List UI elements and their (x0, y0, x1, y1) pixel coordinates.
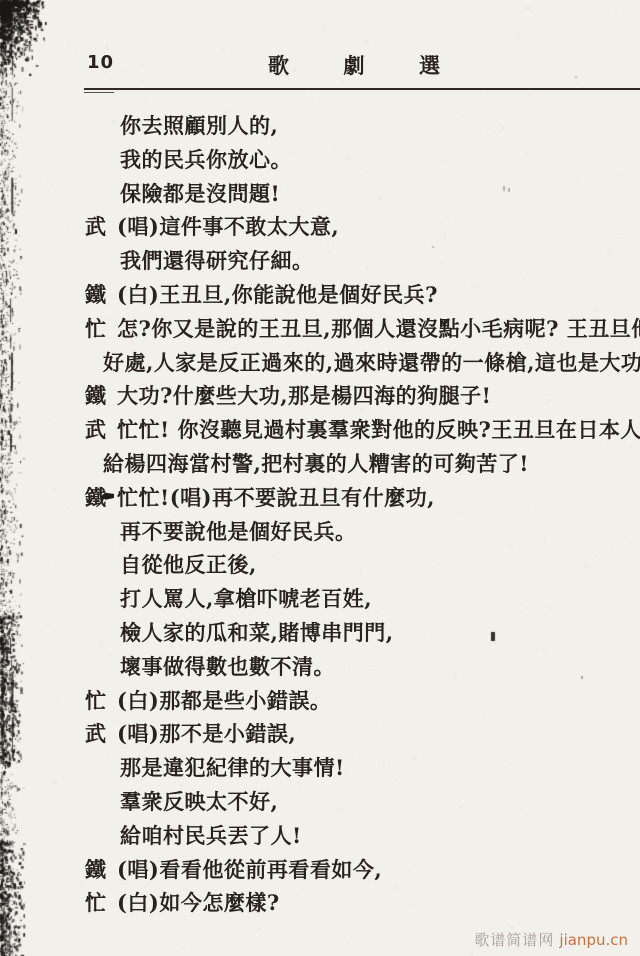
dialogue-text: 檢人家的瓜和菜,賭博串門門, (120, 617, 394, 647)
dialogue-text: 壞事做得數也數不清。 (120, 651, 335, 681)
dialogue-text: (唱)那不是小錯誤, (117, 718, 296, 748)
script-line: 鐵(白)王丑旦,你能說他是個好民兵? (0, 275, 640, 309)
dialogue-text: 打人罵人,拿槍吓唬老百姓, (120, 583, 372, 613)
speaker-label: 武 (85, 414, 107, 444)
speaker-label: 忙 (85, 887, 107, 917)
dialogue-text: 給楊四海當村警,把村裏的人糟害的可夠苦了! (103, 448, 529, 478)
script-line: 忙(白)那都是些小錯誤。 (0, 681, 640, 715)
script-line: 給楊四海當村警,把村裏的人糟害的可夠苦了! (0, 444, 640, 478)
script-line: 好處,人家是反正過來的,過來時還帶的一條槍,這也是大功一件嚒。 (0, 343, 640, 377)
script-line: 你去照顧別人的, (0, 106, 640, 140)
scanned-book-page: 10 歌劇選 你去照顧別人的,我的民兵你放心。保險都是沒問題!武(唱)這件事不敢… (0, 0, 640, 956)
dialogue-text: 羣衆反映太不好, (120, 786, 278, 816)
script-line: 打人罵人,拿槍吓唬老百姓, (0, 579, 640, 613)
speaker-label: 武 (85, 718, 107, 748)
dialogue-text: 那是違犯紀律的大事情! (120, 752, 345, 782)
script-line: 自從他反正後, (0, 545, 640, 579)
speaker-label: 鐵 (85, 279, 107, 309)
dialogue-text: 忙忙!(唱)再不要說丑旦有什麼功, (117, 482, 435, 512)
script-line: 保險都是沒問題! (0, 174, 640, 208)
dialogue-text: 我們還得研究仔細。 (120, 245, 314, 275)
header-divider (84, 88, 640, 90)
dialogue-text: 你去照顧別人的, (120, 110, 278, 140)
script-line: 鐵忙忙!(唱)再不要說丑旦有什麼功, (0, 478, 640, 512)
dialogue-text: 怎?你又是說的王丑旦,那個人還沒點小毛病呢? 王丑旦他就沒一點 (117, 313, 640, 343)
dialogue-text: 忙忙! 你沒聽見過村裏羣衆對他的反映?王丑旦在日本人在的時候, (117, 414, 640, 444)
dialogue-text: (唱)這件事不敢太大意, (117, 211, 339, 241)
script-line: 武忙忙! 你沒聽見過村裏羣衆對他的反映?王丑旦在日本人在的時候, (0, 410, 640, 444)
speaker-label: 鐵 (85, 854, 107, 884)
speaker-label: 忙 (85, 685, 107, 715)
script-line: 我的民兵你放心。 (0, 140, 640, 174)
script-line: 給咱村民兵丟了人! (0, 816, 640, 850)
page-number: 10 (87, 52, 114, 73)
script-line: 我們還得研究仔細。 (0, 241, 640, 275)
speaker-label: 鐵 (85, 380, 107, 410)
page-title-char: 選 (419, 50, 440, 80)
dialogue-text: (唱)看看他從前再看看如今, (117, 854, 382, 884)
script-line: 羣衆反映太不好, (0, 782, 640, 816)
script-text-body: 你去照顧別人的,我的民兵你放心。保險都是沒問題!武(唱)這件事不敢太大意,我們還… (0, 106, 640, 917)
watermark: 歌谱简谱网jianpu.cn (474, 929, 628, 950)
dialogue-text: 大功?什麼些大功,那是楊四海的狗腿子! (117, 380, 491, 410)
page-title-char: 劇 (344, 50, 365, 80)
script-line: 再不要說他是個好民兵。 (0, 512, 640, 546)
script-line: 武(唱)那不是小錯誤, (0, 714, 640, 748)
dialogue-text: 給咱村民兵丟了人! (120, 820, 302, 850)
dialogue-text: 好處,人家是反正過來的,過來時還帶的一條槍,這也是大功一件嚒。 (103, 347, 640, 377)
page-title-char: 歌 (268, 50, 289, 80)
script-line: 鐵大功?什麼些大功,那是楊四海的狗腿子! (0, 376, 640, 410)
dialogue-text: 我的民兵你放心。 (120, 144, 292, 174)
dialogue-text: (白)如今怎麼樣? (117, 887, 280, 917)
dialogue-text: 再不要說他是個好民兵。 (120, 516, 357, 546)
script-line: 那是違犯紀律的大事情! (0, 748, 640, 782)
script-line: 壞事做得數也數不清。 (0, 647, 640, 681)
watermark-site-url: jianpu.cn (559, 931, 628, 949)
script-line: 鐵(唱)看看他從前再看看如今, (0, 850, 640, 884)
script-line: 武(唱)這件事不敢太大意, (0, 207, 640, 241)
script-line: 忙(白)如今怎麼樣? (0, 883, 640, 917)
dialogue-text: 保險都是沒問題! (120, 178, 280, 208)
dialogue-text: (白)王丑旦,你能說他是個好民兵? (117, 279, 438, 309)
dialogue-text: (白)那都是些小錯誤。 (117, 685, 331, 715)
speaker-label: 武 (85, 211, 107, 241)
script-line: 忙怎?你又是說的王丑旦,那個人還沒點小毛病呢? 王丑旦他就沒一點 (0, 309, 640, 343)
speaker-label: 忙 (85, 313, 107, 343)
page-title: 歌劇選 (268, 50, 440, 80)
watermark-site-name: 歌谱简谱网 (474, 931, 554, 949)
dialogue-text: 自從他反正後, (120, 549, 257, 579)
script-line: 檢人家的瓜和菜,賭博串門門, (0, 613, 640, 647)
